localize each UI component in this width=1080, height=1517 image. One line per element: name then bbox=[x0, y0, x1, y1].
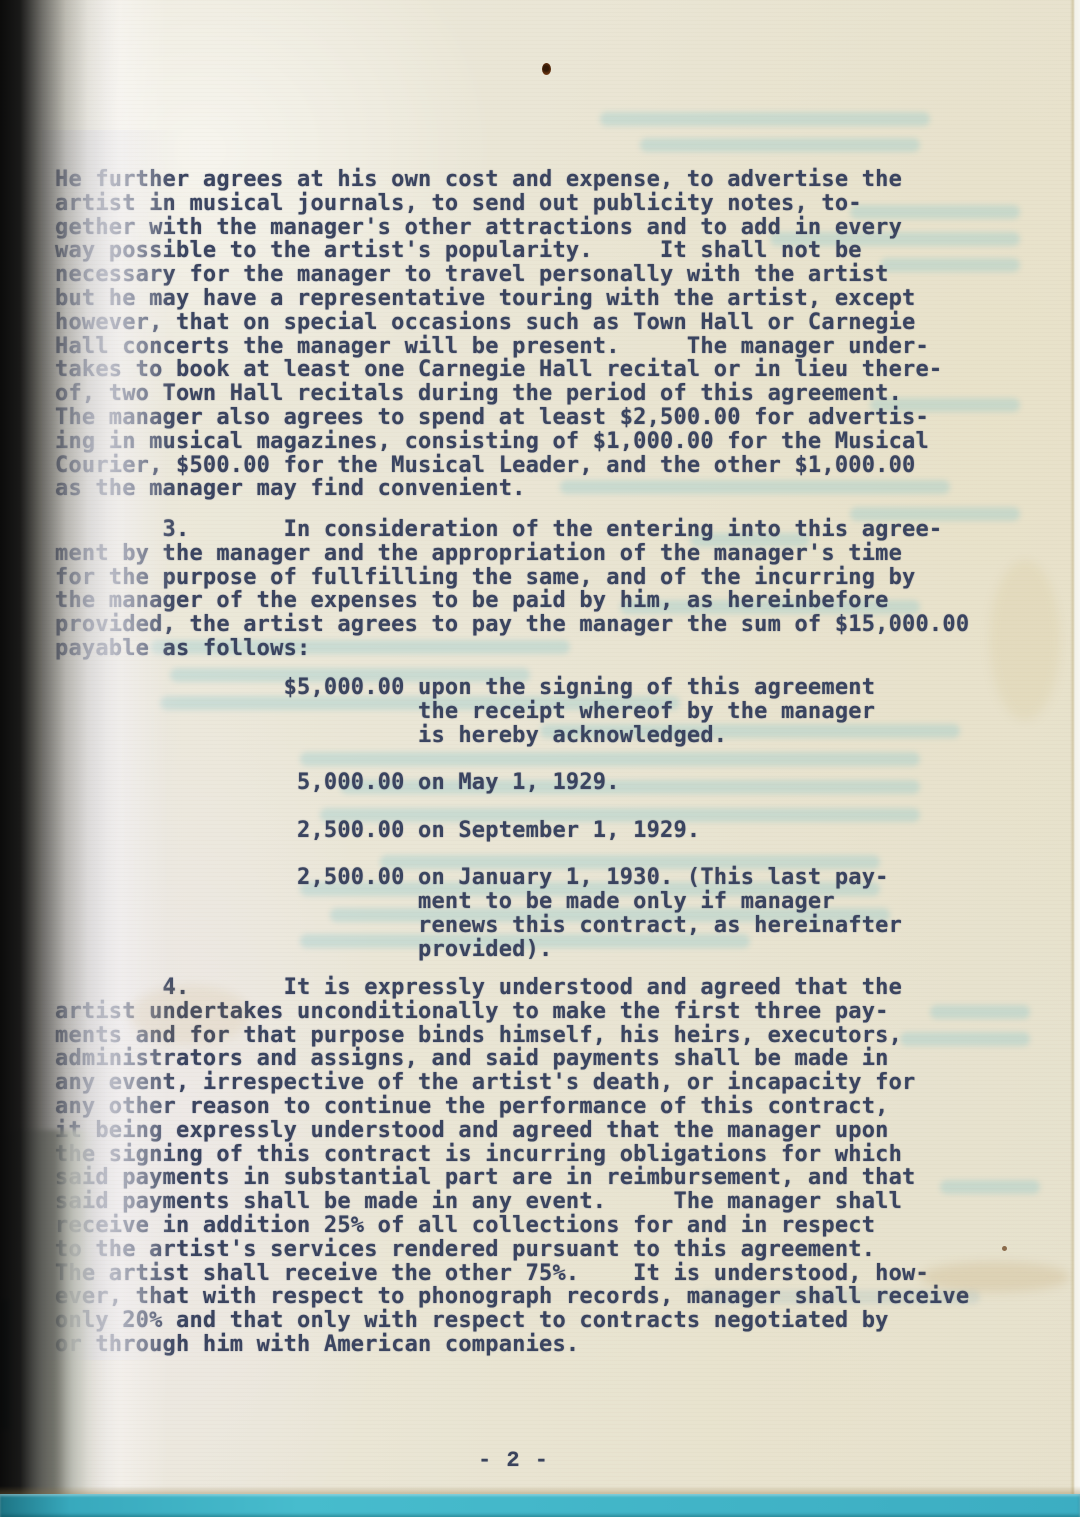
teal-binding-strip bbox=[0, 1494, 1080, 1517]
paragraph-2-continuation: He further agrees at his own cost and ex… bbox=[55, 168, 942, 501]
paper-speck bbox=[1002, 1246, 1007, 1251]
ink-spot bbox=[542, 63, 551, 75]
ghost-bleed-through bbox=[600, 112, 930, 126]
payment-schedule: $5,000.00 upon the signing of this agree… bbox=[55, 676, 902, 962]
clause-3: 3. In consideration of the entering into… bbox=[55, 518, 969, 661]
binding-peek bbox=[0, 1300, 10, 1430]
paper-stain bbox=[990, 560, 1060, 720]
page-number: - 2 - bbox=[478, 1448, 549, 1473]
paper-right-edge bbox=[1070, 0, 1080, 1517]
clause-4: 4. It is expressly understood and agreed… bbox=[55, 976, 969, 1357]
ghost-bleed-through bbox=[640, 138, 920, 152]
scanned-contract-page: He further agrees at his own cost and ex… bbox=[0, 0, 1080, 1517]
paper-bottom-shadow bbox=[0, 1486, 1080, 1494]
